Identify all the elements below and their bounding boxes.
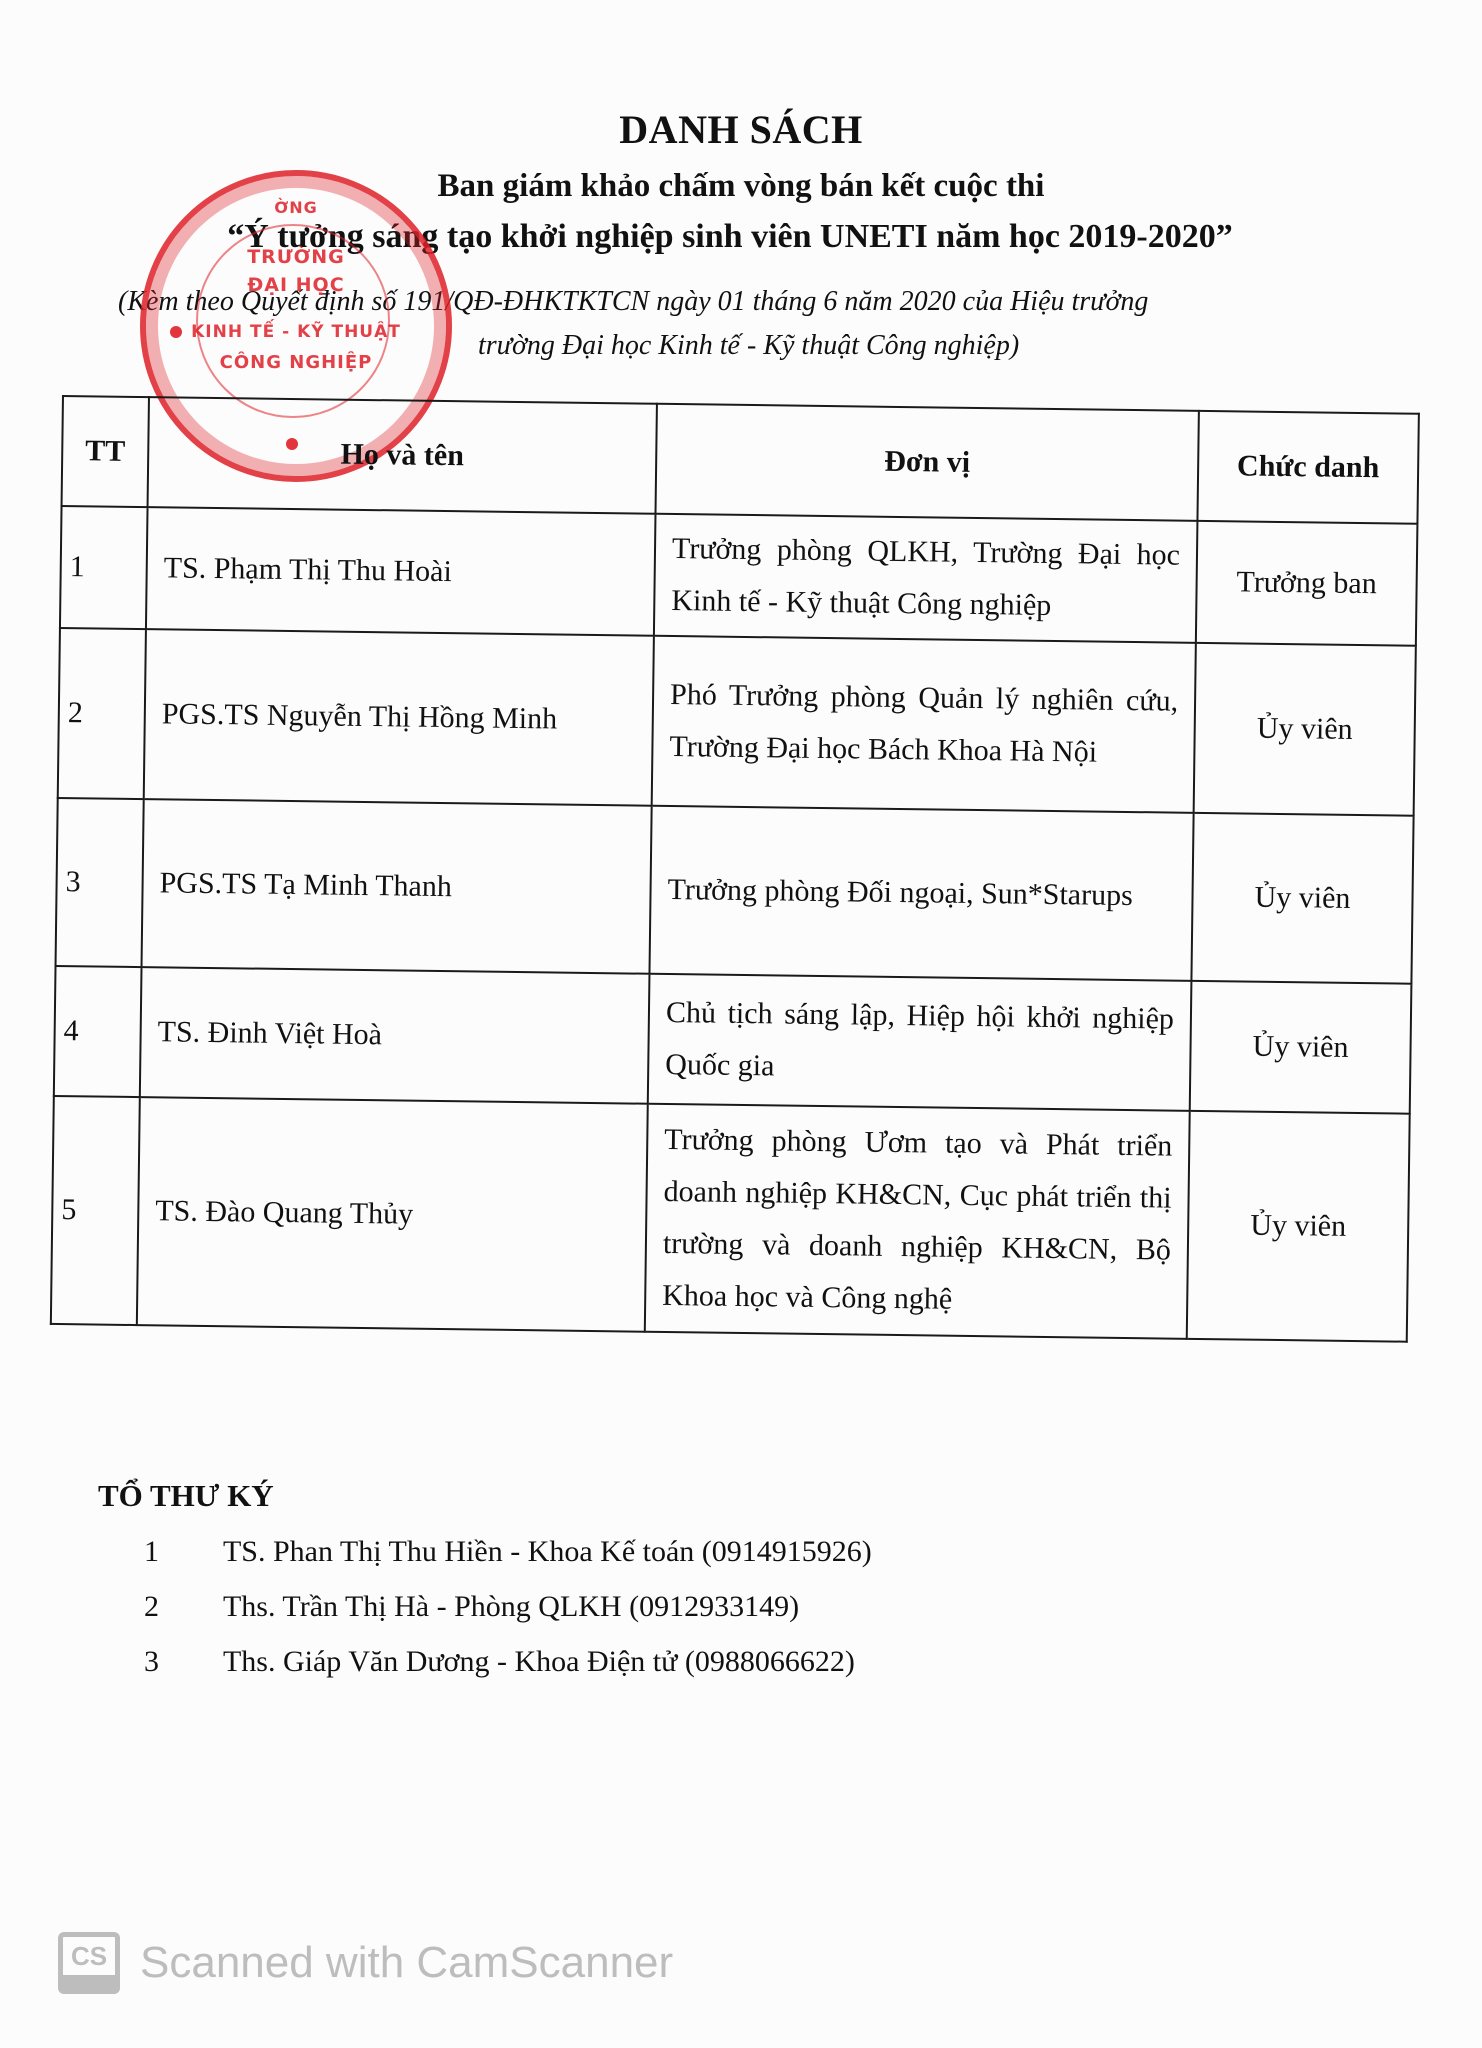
table-row: 2 PGS.TS Nguyễn Thị Hồng Minh Phó Trưởng…: [58, 628, 1416, 816]
cell-name: PGS.TS Tạ Minh Thanh: [142, 799, 652, 974]
cell-name: TS. Phạm Thị Thu Hoài: [146, 507, 656, 636]
table-row: 3 PGS.TS Tạ Minh Thanh Trưởng phòng Đối …: [56, 798, 1414, 984]
secretary-list: 1 TS. Phan Thị Thu Hiền - Khoa Kế toán (…: [98, 1524, 872, 1689]
cell-tt: 1: [60, 506, 148, 629]
header-tt: TT: [62, 396, 149, 507]
cell-tt: 3: [56, 798, 144, 967]
table-header-row: TT Họ và tên Đơn vị Chức danh: [62, 396, 1419, 524]
attachment-note-line-2: trường Đại học Kinh tế - Kỹ thuật Công n…: [118, 324, 1368, 368]
list-item: 3 Ths. Giáp Văn Dương - Khoa Điện tử (09…: [98, 1634, 872, 1689]
secretary-section: TỔ THƯ KÝ 1 TS. Phan Thị Thu Hiền - Khoa…: [98, 1478, 872, 1689]
cell-role: Trưởng ban: [1196, 521, 1418, 646]
table-row: 1 TS. Phạm Thị Thu Hoài Trưởng phòng QLK…: [60, 506, 1417, 646]
header-role: Chức danh: [1197, 411, 1418, 524]
cell-name: TS. Đào Quang Thủy: [137, 1097, 648, 1332]
cell-role: Ủy viên: [1190, 981, 1412, 1114]
header-name: Họ và tên: [148, 397, 657, 514]
secretary-member: Ths. Giáp Văn Dương - Khoa Điện tử (0988…: [223, 1645, 855, 1678]
camscanner-watermark: CS Scanned with CamScanner: [58, 1928, 673, 1998]
camscanner-logo-icon: CS: [58, 1932, 120, 1994]
secretary-number: 1: [98, 1524, 216, 1579]
secretary-number: 2: [98, 1579, 216, 1634]
cell-tt: 2: [58, 628, 146, 799]
table-row: 5 TS. Đào Quang Thủy Trưởng phòng Ươm tạ…: [51, 1096, 1410, 1342]
cell-tt: 4: [54, 966, 142, 1097]
document-title: DANH SÁCH: [0, 106, 1482, 153]
header-unit: Đơn vị: [655, 404, 1198, 521]
secretary-number: 3: [98, 1634, 216, 1689]
jury-table: TT Họ và tên Đơn vị Chức danh 1 TS. Phạm…: [50, 395, 1420, 1343]
secretary-member: TS. Phan Thị Thu Hiền - Khoa Kế toán (09…: [223, 1535, 872, 1568]
table-row: 4 TS. Đinh Việt Hoà Chủ tịch sáng lập, H…: [54, 966, 1412, 1114]
cell-unit: Trưởng phòng QLKH, Trường Đại học Kinh t…: [654, 514, 1198, 643]
secretary-heading: TỔ THƯ KÝ: [98, 1478, 872, 1514]
cell-unit: Phó Trưởng phòng Quản lý nghiên cứu, Trư…: [652, 636, 1196, 813]
cell-name: PGS.TS Nguyễn Thị Hồng Minh: [144, 629, 654, 806]
document-subtitle: Ban giám khảo chấm vòng bán kết cuộc thi: [0, 168, 1482, 205]
list-item: 2 Ths. Trần Thị Hà - Phòng QLKH (0912933…: [98, 1579, 872, 1634]
watermark-text: Scanned with CamScanner: [140, 1938, 673, 1988]
cell-unit: Chủ tịch sáng lập, Hiệp hội khởi nghiệp …: [648, 974, 1192, 1111]
cell-unit: Trưởng phòng Đối ngoại, Sun*Starups: [649, 806, 1193, 981]
cell-role: Ủy viên: [1187, 1111, 1410, 1342]
list-item: 1 TS. Phan Thị Thu Hiền - Khoa Kế toán (…: [98, 1524, 872, 1579]
cell-unit: Trưởng phòng Ươm tạo và Phát triển doanh…: [645, 1104, 1190, 1339]
secretary-member: Ths. Trần Thị Hà - Phòng QLKH (091293314…: [223, 1590, 799, 1623]
attachment-note: (Kèm theo Quyết định số 191/QĐ-ĐHKTKTCN …: [118, 280, 1368, 368]
cell-role: Ủy viên: [1194, 643, 1416, 816]
attachment-note-line-1: (Kèm theo Quyết định số 191/QĐ-ĐHKTKTCN …: [118, 286, 1148, 317]
scanned-document-page: DANH SÁCH Ban giám khảo chấm vòng bán kế…: [0, 0, 1482, 2048]
contest-name: “Ý tưởng sáng tạo khởi nghiệp sinh viên …: [150, 218, 1310, 256]
cell-tt: 5: [51, 1096, 140, 1325]
cell-name: TS. Đinh Việt Hoà: [140, 967, 650, 1104]
cell-role: Ủy viên: [1191, 813, 1413, 984]
